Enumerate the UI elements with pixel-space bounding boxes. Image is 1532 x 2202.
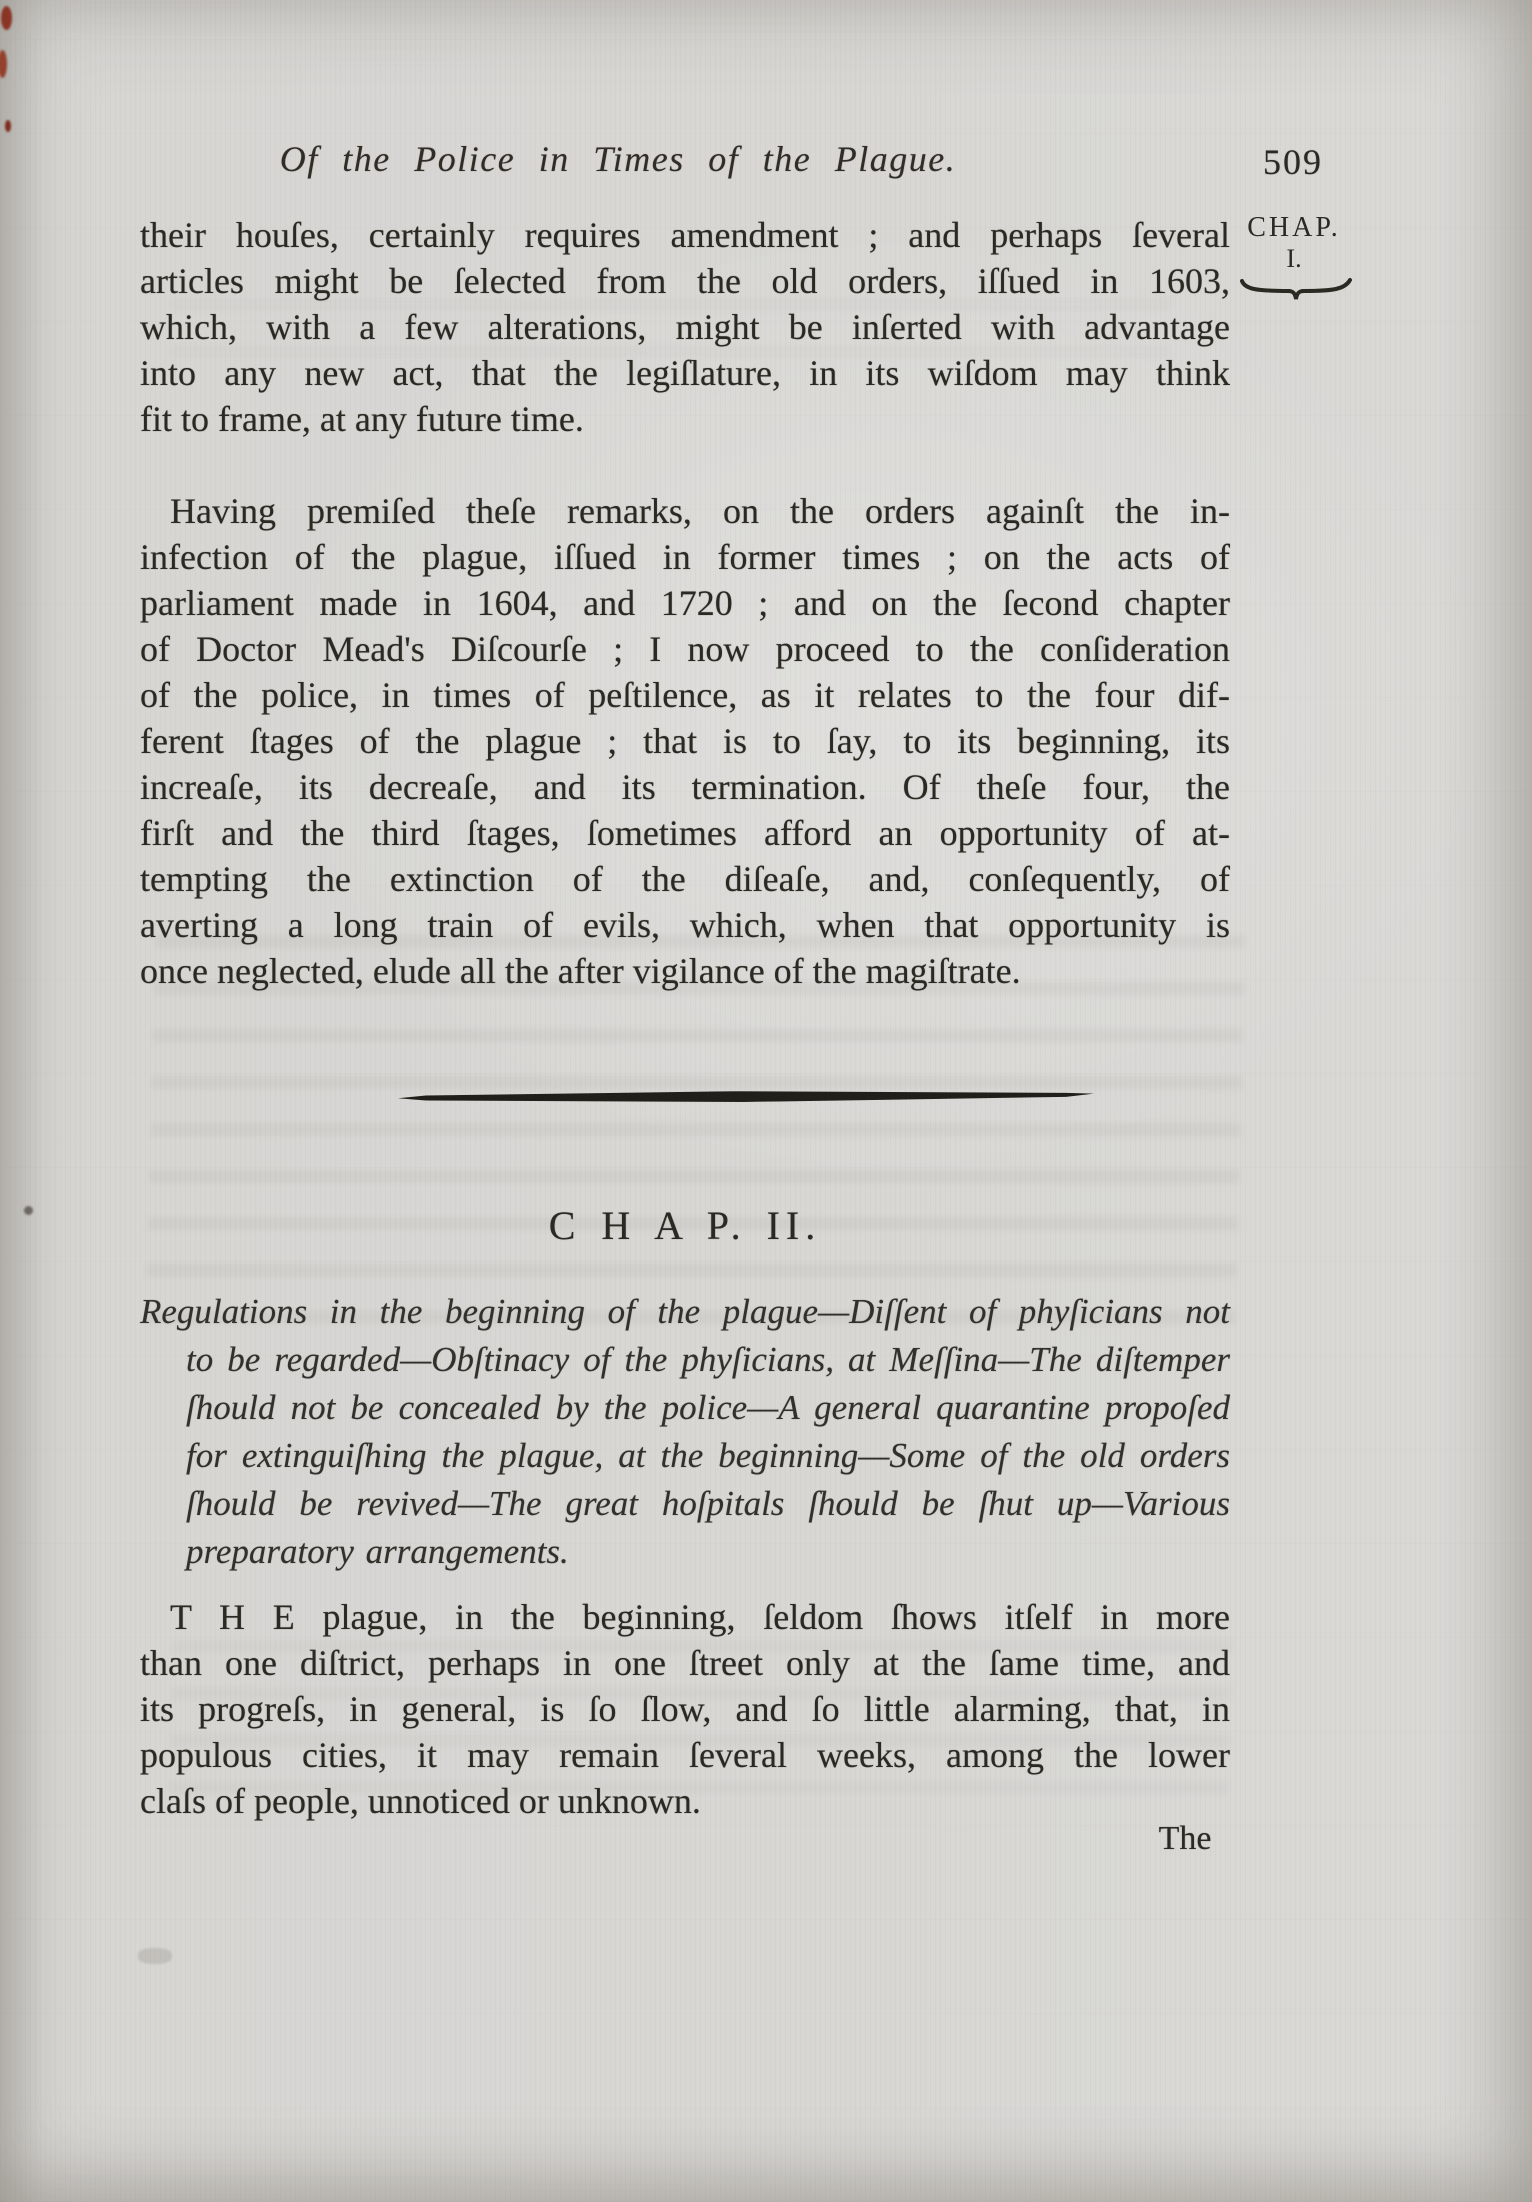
chapter-brace-flourish-icon bbox=[1238, 276, 1354, 302]
text-line: its progreſs, in general, is ſo ſlow, an… bbox=[140, 1686, 1230, 1732]
edge-stain bbox=[0, 50, 7, 78]
margin-note-chap-numeral: I. bbox=[1238, 244, 1350, 274]
text-line: fit to frame, at any future time. bbox=[140, 396, 1230, 442]
text-line: populous cities, it may remain ſeveral w… bbox=[140, 1732, 1230, 1778]
show-through-ghost-text bbox=[145, 935, 1245, 1335]
text-line: tempting the extinction of the diſeaſe, … bbox=[140, 856, 1230, 902]
ink-speck bbox=[24, 1206, 33, 1215]
edge-stain bbox=[1, 6, 12, 30]
summary-line: ſhould not be concealed by the police—A … bbox=[186, 1384, 1230, 1432]
page-number: 509 bbox=[1248, 141, 1338, 183]
text-line: infection of the plague, iſſued in forme… bbox=[140, 534, 1230, 580]
margin-note-chapter: CHAP. I. bbox=[1238, 212, 1350, 302]
text-line: firſt and the third ſtages, ſometimes af… bbox=[140, 810, 1230, 856]
text-line: their houſes, certainly requires amendme… bbox=[140, 212, 1230, 258]
text-line: than one diſtrict, perhaps in one ſtreet… bbox=[140, 1640, 1230, 1686]
summary-line: to be regarded—Obſtinacy of the phyſicia… bbox=[186, 1336, 1230, 1384]
running-header-title: Of the Police in Times of the Plague. bbox=[243, 136, 993, 182]
book-page-scan: Of the Police in Times of the Plague. 50… bbox=[0, 0, 1532, 2202]
summary-line: preparatory arrangements. bbox=[186, 1528, 1230, 1576]
paragraph-2: Having premiſed theſe remarks, on the or… bbox=[140, 488, 1230, 994]
text-line: articles might be ſelected from the old … bbox=[140, 258, 1230, 304]
text-line: Having premiſed theſe remarks, on the or… bbox=[140, 488, 1230, 534]
paragraph-3: T H E plague, in the beginning, ſeldom ſ… bbox=[140, 1594, 1230, 1824]
text-line: increaſe, its decreaſe, and its terminat… bbox=[140, 764, 1230, 810]
chapter-summary: Regulations in the beginning of the plag… bbox=[140, 1288, 1230, 1576]
text-line: into any new act, that the legiſlature, … bbox=[140, 350, 1230, 396]
summary-line: for extinguiſhing the plague, at the beg… bbox=[186, 1432, 1230, 1480]
text-line: once neglected, elude all the after vigi… bbox=[140, 948, 1230, 994]
text-line: of Doctor Mead's Diſcourſe ; I now proce… bbox=[140, 626, 1230, 672]
paper-smudge bbox=[138, 1948, 172, 1964]
text-line: of the police, in times of peſtilence, a… bbox=[140, 672, 1230, 718]
text-line: ferent ſtages of the plague ; that is to… bbox=[140, 718, 1230, 764]
text-line: averting a long train of evils, which, w… bbox=[140, 902, 1230, 948]
catchword: The bbox=[1130, 1820, 1240, 1858]
text-line: parliament made in 1604, and 1720 ; and … bbox=[140, 580, 1230, 626]
section-divider-rule bbox=[398, 1089, 1094, 1103]
text-line: claſs of people, unnoticed or unknown. bbox=[140, 1778, 1230, 1824]
text-line: T H E plague, in the beginning, ſeldom ſ… bbox=[140, 1594, 1230, 1640]
summary-line: ſhould be revived—The great hoſpitals ſh… bbox=[186, 1480, 1230, 1528]
summary-line: Regulations in the beginning of the plag… bbox=[140, 1288, 1230, 1336]
edge-stain bbox=[5, 120, 11, 132]
paragraph-1: their houſes, certainly requires amendme… bbox=[140, 212, 1230, 442]
text-line: which, with a few alterations, might be … bbox=[140, 304, 1230, 350]
chapter-heading: C H A P. II. bbox=[140, 1202, 1230, 1249]
margin-note-chap-label: CHAP. bbox=[1238, 212, 1350, 244]
